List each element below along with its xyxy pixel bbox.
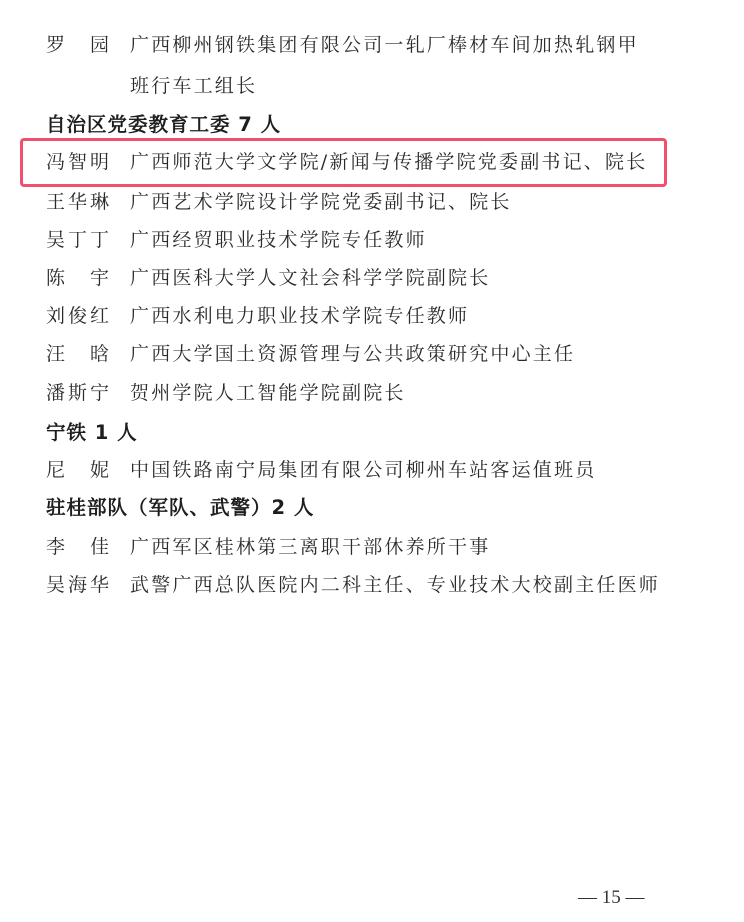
list-item: 罗 园 广西柳州钢铁集团有限公司一轧厂棒材车间加热轧钢甲 <box>0 30 744 60</box>
list-item-continuation: 班行车工组长 <box>0 71 744 101</box>
person-title: 广西艺术学院设计学院党委副书记、院长 <box>130 187 512 217</box>
page-number: — 15 — <box>578 884 645 912</box>
person-name: 吴丁丁 <box>46 225 112 255</box>
person-title: 广西水利电力职业技术学院专任教师 <box>130 301 469 331</box>
person-name: 刘俊红 <box>46 301 112 331</box>
list-item: 王华琳 广西艺术学院设计学院党委副书记、院长 <box>0 187 744 217</box>
person-title: 广西柳州钢铁集团有限公司一轧厂棒材车间加热轧钢甲 <box>130 30 639 60</box>
person-name: 王华琳 <box>46 187 112 217</box>
person-title: 武警广西总队医院内二科主任、专业技术大校副主任医师 <box>130 570 660 600</box>
person-name: 汪 晗 <box>46 339 112 369</box>
person-name: 潘斯宁 <box>46 378 112 408</box>
person-name: 冯智明 <box>46 147 112 177</box>
list-item: 陈 宇 广西医科大学人文社会科学学院副院长 <box>0 263 744 293</box>
person-title: 广西军区桂林第三离职干部休养所干事 <box>130 532 490 562</box>
person-title: 广西师范大学文学院/新闻与传播学院党委副书记、院长 <box>130 147 647 177</box>
list-item: 李 佳 广西军区桂林第三离职干部休养所干事 <box>0 532 744 562</box>
section-heading-military: 驻桂部队（军队、武警）2 人 <box>46 493 314 523</box>
person-name: 罗 园 <box>46 30 112 60</box>
person-name: 吴海华 <box>46 570 112 600</box>
list-item: 吴丁丁 广西经贸职业技术学院专任教师 <box>0 225 744 255</box>
person-title: 广西大学国土资源管理与公共政策研究中心主任 <box>130 339 575 369</box>
person-title: 贺州学院人工智能学院副院长 <box>130 378 406 408</box>
list-item-highlighted: 冯智明 广西师范大学文学院/新闻与传播学院党委副书记、院长 <box>0 147 744 177</box>
person-name: 陈 宇 <box>46 263 112 293</box>
list-item: 尼 妮 中国铁路南宁局集团有限公司柳州车站客运值班员 <box>0 455 744 485</box>
list-item: 汪 晗 广西大学国土资源管理与公共政策研究中心主任 <box>0 339 744 369</box>
person-title: 中国铁路南宁局集团有限公司柳州车站客运值班员 <box>130 455 596 485</box>
person-title: 广西医科大学人文社会科学学院副院长 <box>130 263 490 293</box>
person-title: 广西经贸职业技术学院专任教师 <box>130 225 427 255</box>
list-item: 吴海华 武警广西总队医院内二科主任、专业技术大校副主任医师 <box>0 570 744 600</box>
section-heading-railway: 宁铁 1 人 <box>46 418 138 448</box>
section-heading-education: 自治区党委教育工委 7 人 <box>46 110 281 140</box>
list-item: 刘俊红 广西水利电力职业技术学院专任教师 <box>0 301 744 331</box>
person-title-continued: 班行车工组长 <box>130 71 257 101</box>
list-item: 潘斯宁 贺州学院人工智能学院副院长 <box>0 378 744 408</box>
person-name: 李 佳 <box>46 532 112 562</box>
person-name: 尼 妮 <box>46 455 112 485</box>
